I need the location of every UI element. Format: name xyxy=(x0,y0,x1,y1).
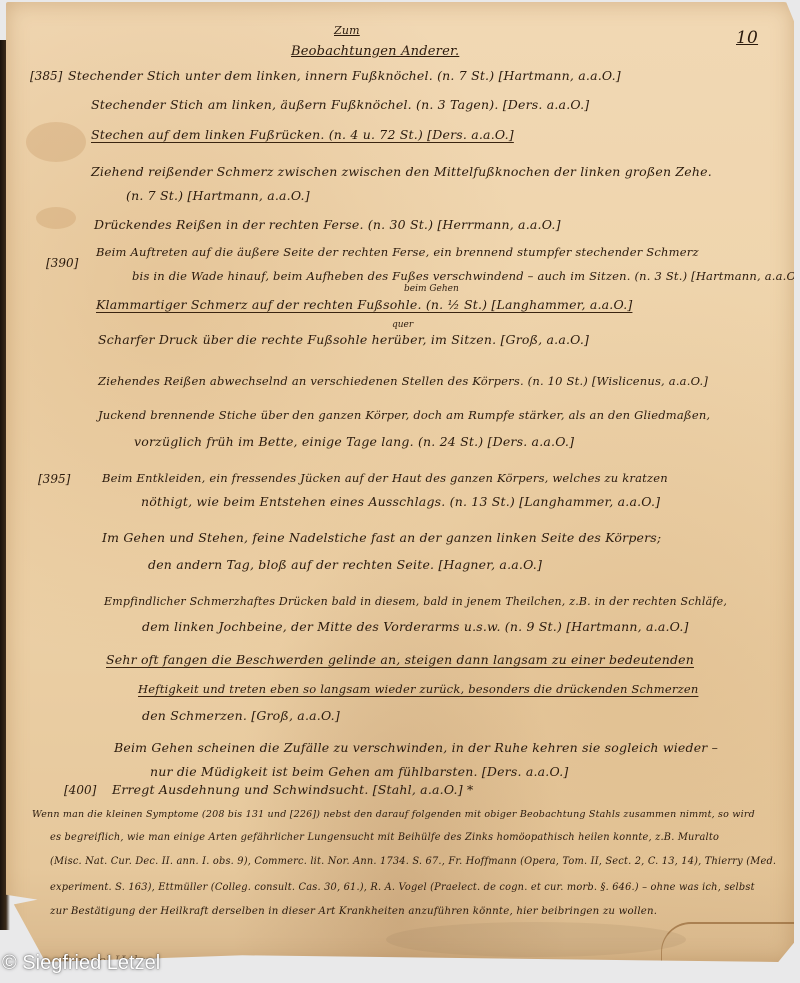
entry-line: Juckend brennende Stiche über den ganzen… xyxy=(98,407,710,423)
entry-line: bis in die Wade hinauf, beim Aufheben de… xyxy=(132,268,800,284)
entry-number: [400] xyxy=(64,783,96,797)
entry-line: Sehr oft fangen die Beschwerden gelinde … xyxy=(106,652,694,668)
entry-line: Klammartiger Schmerz auf der rechten Fuß… xyxy=(96,297,632,313)
stain xyxy=(36,207,76,229)
entry-line: dem linken Jochbeine, der Mitte des Vord… xyxy=(142,619,689,635)
entry-line: Beim Entkleiden, ein fressendes Jücken a… xyxy=(102,470,668,486)
entry-line: nur die Müdigkeit ist beim Gehen am fühl… xyxy=(150,764,568,780)
entry-line: Im Gehen und Stehen, feine Nadelstiche f… xyxy=(102,530,661,546)
entry-line: Ziehend reißender Schmerz zwischen zwisc… xyxy=(91,164,712,180)
stain xyxy=(386,922,686,957)
manuscript-page: Zum Beobachtungen Anderer. 10 [385] Stec… xyxy=(6,2,794,962)
heading-line-2: Beobachtungen Anderer. xyxy=(291,44,459,59)
footnote-line: Wenn man die kleinen Symptome (208 bis 1… xyxy=(32,807,755,823)
entry-line: Ziehendes Reißen abwechselnd an verschie… xyxy=(98,373,708,389)
entry-line: (n. 7 St.) [Hartmann, a.a.O.] xyxy=(126,188,310,204)
entry-line: Beim Gehen scheinen die Zufälle zu versc… xyxy=(114,740,718,756)
entry-line: Beim Auftreten auf die äußere Seite der … xyxy=(96,244,699,260)
entry-line: nöthigt, wie beim Entstehen eines Aussch… xyxy=(141,494,660,510)
entry-line: Stechender Stich am linken, äußern Fußkn… xyxy=(91,97,589,113)
stain xyxy=(26,122,86,162)
entry-line: Scharfer Druck über die rechte Fußsohle … xyxy=(98,332,589,348)
copyright-watermark: © Siegfried Letzel xyxy=(2,952,160,975)
entry-line: vorzüglich früh im Bette, einige Tage la… xyxy=(134,434,574,450)
entry-line: Drückendes Reißen in der rechten Ferse. … xyxy=(94,217,561,233)
footnote-line: (Misc. Nat. Cur. Dec. II. ann. I. obs. 9… xyxy=(50,854,776,870)
footnote-line: zur Bestätigung der Heilkraft derselben … xyxy=(50,904,657,920)
entry-line: den andern Tag, bloß auf der rechten Sei… xyxy=(148,557,542,573)
page-number: 10 xyxy=(736,28,758,48)
faded-text: ~~~~ ~~~~~~ ~~~ ~~ ~~~~~~~ ~~~~~ ~~~~ ~~… xyxy=(236,957,635,971)
entry-number: [390] xyxy=(46,256,78,270)
entry-line: den Schmerzen. [Groß, a.a.O.] xyxy=(142,708,340,724)
entry-line: Heftigkeit und treten eben so langsam wi… xyxy=(138,681,698,697)
entry-number: [385] xyxy=(30,69,62,83)
entry-line: Stechen auf dem linken Fußrücken. (n. 4 … xyxy=(91,127,514,143)
heading-line-1: Zum xyxy=(334,24,360,37)
entry-line: Stechender Stich unter dem linken, inner… xyxy=(68,68,621,84)
entry-number: [395] xyxy=(38,472,70,486)
entry-line: Erregt Ausdehnung und Schwindsucht. [Sta… xyxy=(112,782,473,798)
entry-line: Empfindlicher Schmerzhaftes Drücken bald… xyxy=(104,594,727,610)
footnote-line: experiment. S. 163), Ettmüller (Colleg. … xyxy=(50,880,755,896)
superscript-insertion: quer xyxy=(392,320,413,330)
footnote-line: es begreiflich, wie man einige Arten gef… xyxy=(50,830,719,846)
superscript-insertion: beim Gehen xyxy=(404,284,459,294)
torn-corner xyxy=(661,922,800,969)
